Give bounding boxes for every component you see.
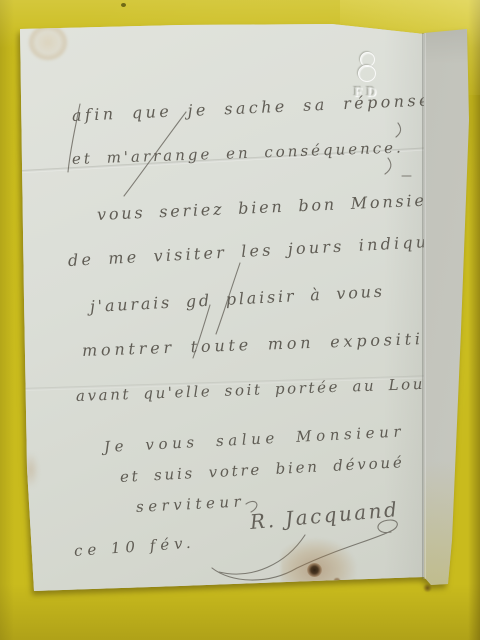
letter-page: FD afin que je sache sa réponse et m'arr…	[0, 0, 480, 640]
letter-line: vous seriez bien bon Monsieur	[97, 190, 451, 224]
letter-line: et m'arrange en conséquence.	[72, 138, 404, 168]
letter-line: de me visiter les jours indiqués	[68, 231, 454, 270]
letter-line: montrer toute mon exposition	[82, 328, 452, 360]
letter-line: avant qu'elle soit portée au Louvre	[76, 374, 458, 405]
closing-line: Je vous salue Monsieur	[104, 422, 406, 456]
fold-edge-shadow	[422, 33, 426, 579]
photo-of-handwritten-letter: FD afin que je sache sa réponse et m'arr…	[0, 0, 480, 640]
letter-line: afin que je sache sa réponse	[72, 90, 433, 125]
ink-blot	[307, 563, 322, 577]
closing-line: et suis votre bien dévoué	[120, 453, 405, 486]
closing-line: serviteur	[136, 492, 246, 516]
letter-line: j'aurais gd plaisir à vous	[90, 282, 386, 316]
edge-stain	[22, 452, 39, 488]
signature: R. Jacquand	[249, 497, 400, 534]
glue-stain	[28, 24, 68, 61]
letter-sheet: FD afin que je sache sa réponse et m'arr…	[0, 0, 480, 640]
stamp-crest-icon	[358, 65, 376, 82]
date-line: ce 10 fév.	[73, 534, 196, 560]
ink-fleck	[334, 578, 340, 583]
